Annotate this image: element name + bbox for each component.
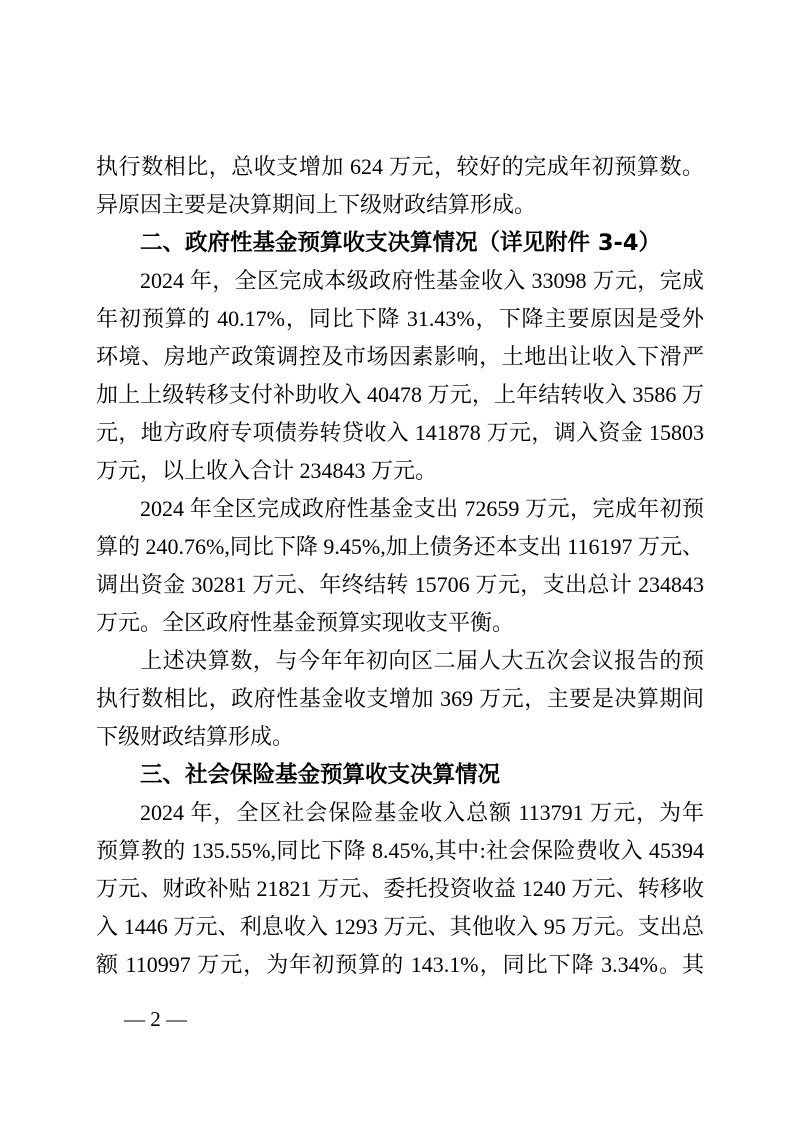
text-line: 入 1446 万元、利息收入 1293 万元、其他收入 95 万元。支出总: [96, 908, 704, 946]
section-heading: 二、政府性基金预算收支决算情况（详见附件 3-4）: [96, 224, 704, 262]
paragraph: 上述决算数，与今年年初向区二届人大五次会议报告的预算执行数相比，政府性基金收支增…: [96, 642, 704, 756]
paragraph: 2024 年全区完成政府性基金支出 72659 万元，完成年初预算的 240.7…: [96, 490, 704, 642]
text-line: 执行数相比，政府性基金收支增加 369 万元，主要是决算期间上: [96, 680, 704, 718]
text-line: 万元、财政补贴 21821 万元、委托投资收益 1240 万元、转移收: [96, 870, 704, 908]
text-line: 算的 240.76%,同比下降 9.45%,加上债务还本支出 116197 万元…: [96, 528, 704, 566]
text-line: 上述决算数，与今年年初向区二届人大五次会议报告的预算: [96, 642, 704, 680]
text-line: 执行数相比，总收支增加 624 万元，较好的完成年初预算数。差: [96, 148, 704, 186]
paragraph: 执行数相比，总收支增加 624 万元，较好的完成年初预算数。差异原因主要是决算期…: [96, 148, 704, 224]
section-heading: 三、社会保险基金预算收支决算情况: [96, 756, 704, 794]
text-line: 万元。全区政府性基金预算实现收支平衡。: [96, 604, 704, 642]
text-line: 万元，以上收入合计 234843 万元。: [96, 452, 704, 490]
text-line: 调出资金 30281 万元、年终结转 15706 万元，支出总计 234843: [96, 566, 704, 604]
text-line: 2024 年，全区社会保险基金收入总额 113791 万元，为年初: [96, 794, 704, 832]
document-page: 执行数相比，总收支增加 624 万元，较好的完成年初预算数。差异原因主要是决算期…: [0, 0, 793, 1122]
text-line: 元，地方政府专项债券转贷收入 141878 万元，调入资金 15803: [96, 414, 704, 452]
document-body: 执行数相比，总收支增加 624 万元，较好的完成年初预算数。差异原因主要是决算期…: [96, 148, 704, 984]
page-number: — 2 —: [124, 1000, 187, 1038]
text-line: 年初预算的 40.17%，同比下降 31.43%，下降主要原因是受外部: [96, 300, 704, 338]
paragraph: 2024 年，全区社会保险基金收入总额 113791 万元，为年初预算教的 13…: [96, 794, 704, 984]
text-line: 异原因主要是决算期间上下级财政结算形成。: [96, 186, 704, 224]
text-line: 下级财政结算形成。: [96, 718, 704, 756]
heading-text: 三、社会保险基金预算收支决算情况: [96, 756, 704, 794]
text-line: 2024 年全区完成政府性基金支出 72659 万元，完成年初预: [96, 490, 704, 528]
text-line: 环境、房地产政策调控及市场因素影响，土地出让收入下滑严重。: [96, 338, 704, 376]
heading-text: 二、政府性基金预算收支决算情况（详见附件 3-4）: [96, 224, 704, 262]
text-line: 加上上级转移支付补助收入 40478 万元，上年结转收入 3586 万: [96, 376, 704, 414]
text-line: 额 110997 万元，为年初预算的 143.1%，同比下降 3.34%。其中：: [96, 946, 704, 984]
text-line: 2024 年，全区完成本级政府性基金收入 33098 万元，完成: [96, 262, 704, 300]
paragraph: 2024 年，全区完成本级政府性基金收入 33098 万元，完成年初预算的 40…: [96, 262, 704, 490]
text-line: 预算教的 135.55%,同比下降 8.45%,其中:社会保险费收入 45394: [96, 832, 704, 870]
